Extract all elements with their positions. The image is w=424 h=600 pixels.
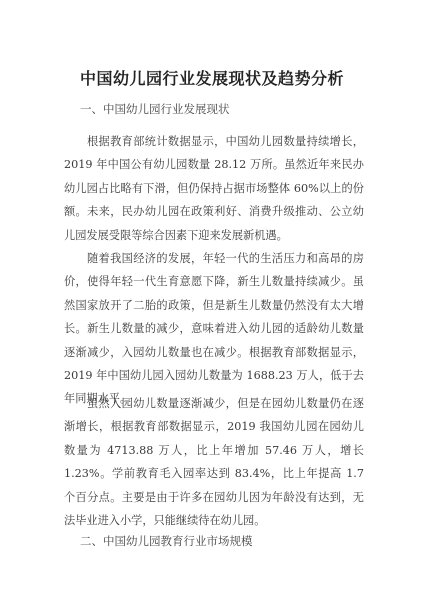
paragraph-2: 随着我国经济的发展，年轻一代的生活压力和高昂的房价，使得年轻一代生育意愿下降，新… [64, 247, 364, 411]
paragraph-3: 虽然入园幼儿数量逐渐减少，但是在园幼儿数量仍在逐渐增长，根据教育部数据显示，20… [64, 392, 364, 532]
paragraph-1: 根据教育部统计数据显示，中国幼儿园数量持续增长，2019 年中国公有幼儿园数量 … [64, 130, 364, 247]
document-title: 中国幼儿园行业发展现状及趋势分析 [0, 66, 424, 89]
section-heading-2: 二、中国幼儿园教育行业市场规模 [80, 533, 253, 549]
section-heading-1: 一、中国幼儿园行业发展现状 [80, 101, 230, 117]
